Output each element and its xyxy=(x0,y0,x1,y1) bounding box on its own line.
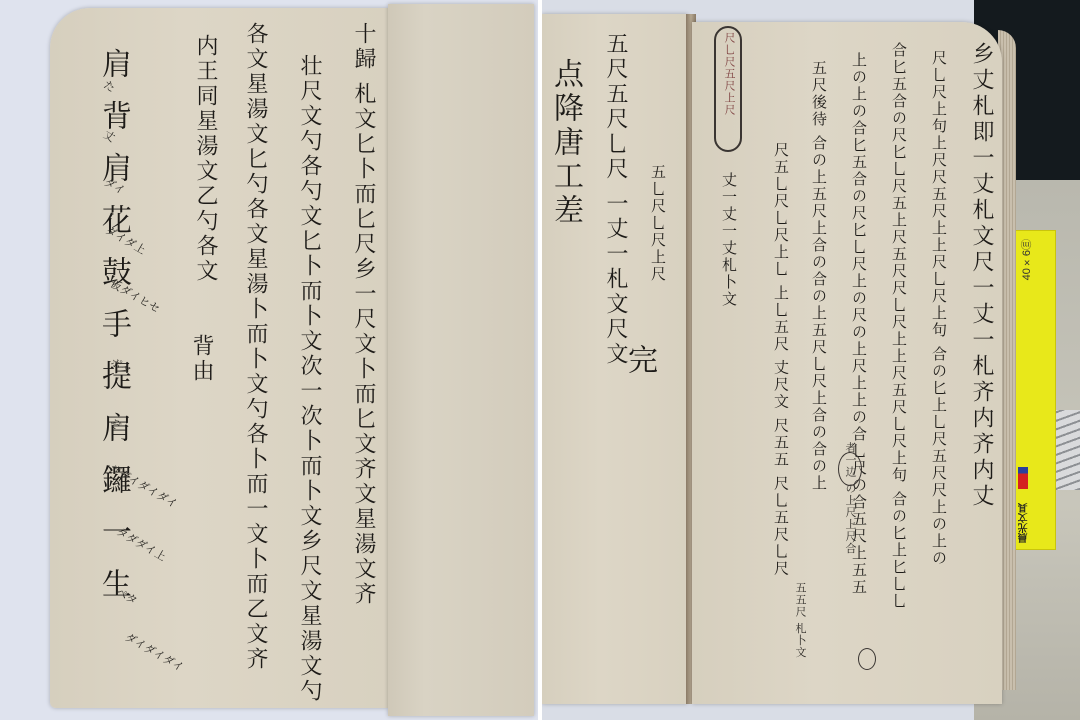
pencil-brand-label: 晨光文具 xyxy=(1017,503,1032,543)
circle-mark xyxy=(838,452,862,486)
text-column: 背由 xyxy=(190,334,212,384)
text-column: 五乚尺乚尺上尺 xyxy=(650,164,665,283)
text-column: 丈一丈一丈札卜文 xyxy=(721,172,736,308)
text-column: 合匕五合の尺匕乚尺五上尺五尺尺乚尺上上尺五尺乚尺上句 合の匕上匕乚乚 xyxy=(891,42,906,610)
pencil-size-label: 40×6ⓜ xyxy=(1019,239,1035,280)
text-column: 十歸 札文匕卜而匕尺乡一尺文卜而匕文齐文星湯文齐 xyxy=(352,22,374,607)
text-column-large: 点降唐工差 xyxy=(550,58,580,228)
manuscript-page-left: 十歸 札文匕卜而匕尺乡一尺文卜而匕文齐文星湯文齐 壮尺文勺各勺文匕卜而卜文次一次… xyxy=(50,8,388,708)
circled-annotation: 尺乚尺五尺上尺 xyxy=(714,26,742,152)
circled-annotation-text: 尺乚尺五尺上尺 xyxy=(724,32,735,116)
annotation: ダイダイダイ xyxy=(122,629,187,676)
left-photo: 十歸 札文匕卜而匕尺乡一尺文卜而匕文齐文星湯文齐 壮尺文勺各勺文匕卜而卜文次一次… xyxy=(0,0,538,720)
yellow-pencil-box: 40×6ⓜ 晨光文具 xyxy=(1014,230,1056,550)
text-column: 五尺後待 合の上五尺上合の合の上五尺乚尺上合の合の上 xyxy=(811,60,826,492)
manuscript-page-right-left: 点降唐工差 五尺五尺乚尺 一丈一札文尺文 五乚尺乚尺上尺 完 xyxy=(542,14,688,704)
text-column: 尺乚尺上句上尺尺五尺上上尺乚尺上句 合の匕上乚尺五尺尺上の上の xyxy=(931,50,946,567)
manuscript-page-blank xyxy=(388,4,534,716)
circle-mark xyxy=(858,648,876,670)
brand-logo-icon xyxy=(1018,467,1028,489)
text-column: 尺五乚尺乚尺上乚 上乚五尺 丈尺文 尺五五 尺乚五尺乚尺 xyxy=(773,142,788,577)
text-column: 乡丈札即一丈札文尺一丈一札齐内齐内丈 xyxy=(970,42,992,510)
text-column: 五尺五尺乚尺 一丈一札文尺文 xyxy=(604,32,626,367)
end-mark: 完 xyxy=(624,344,654,380)
text-column: 壮尺文勺各勺文匕卜而卜文次一次卜而卜文乡尺文星湯文勺 xyxy=(298,54,320,704)
text-column: 五五尺 札卜文 xyxy=(795,582,806,659)
text-column: 各文星湯文匕勺各文星湯卜而卜文勺各卜而一文卜而乙文齐 xyxy=(244,22,266,672)
manuscript-page-right-right: 乡丈札即一丈札文尺一丈一札齐内齐内丈 尺乚尺上句上尺尺五尺上上尺乚尺上句 合の匕… xyxy=(692,22,1002,704)
text-column: 内王同星湯文乙勺各文 xyxy=(194,34,216,284)
right-photo: 40×6ⓜ 晨光文具 点降唐工差 五尺五尺乚尺 一丈一札文尺文 五乚尺乚尺上尺 … xyxy=(542,0,1080,720)
